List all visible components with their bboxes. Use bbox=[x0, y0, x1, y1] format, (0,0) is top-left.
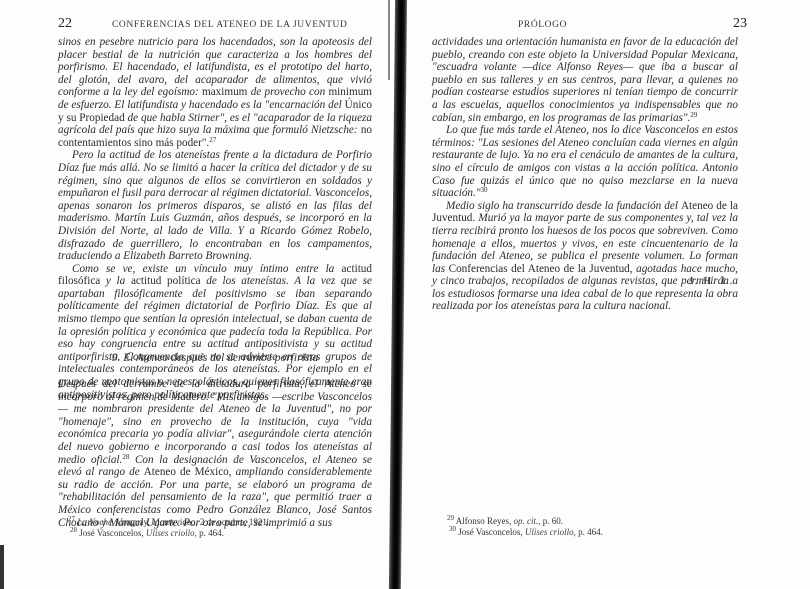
paragraph: Pero la actitud de los ateneístas frente… bbox=[58, 149, 372, 262]
paragraph: actividades una orientación humanista en… bbox=[432, 36, 738, 124]
page-number-left: 22 bbox=[58, 16, 72, 32]
page-number-right: 23 bbox=[733, 16, 747, 32]
page-edge-shadow bbox=[0, 545, 4, 589]
footnote: 30 José Vasconcelos, Ulises criollo, p. … bbox=[447, 527, 737, 538]
left-footnotes: 27 La Noche, Uruguay, Montevideo, 2 de o… bbox=[68, 517, 368, 539]
paragraph: Después del derrumbe de la dictadura por… bbox=[58, 378, 372, 529]
footnote: 28 José Vasconcelos, Ulises criollo, p. … bbox=[68, 528, 368, 539]
paragraph: Lo que fue más tarde el Ateneo, nos lo d… bbox=[432, 124, 738, 200]
right-body-text: actividades una orientación humanista en… bbox=[432, 36, 738, 313]
left-section-text: Después del derrumbe de la dictadura por… bbox=[58, 378, 372, 529]
left-page: 22 CONFERENCIAS DEL ATENEO DE LA JUVENTU… bbox=[0, 0, 395, 589]
paragraph: sinos en pesebre nutricio para los hacen… bbox=[58, 36, 372, 149]
footnote: 29 Alfonso Reyes, op. cit., p. 60. bbox=[447, 516, 737, 527]
left-body-text: sinos en pesebre nutricio para los hacen… bbox=[58, 36, 372, 401]
section-heading: 9. El Ateneo después del derrumbe porfir… bbox=[58, 352, 372, 364]
running-head-left: CONFERENCIAS DEL ATENEO DE LA JUVENTUD bbox=[112, 20, 347, 30]
right-page: PRÓLOGO 23 actividades una orientación h… bbox=[405, 0, 810, 589]
spine-edge bbox=[388, 0, 390, 80]
running-head-right: PRÓLOGO bbox=[518, 20, 567, 30]
signature: J. H. L. bbox=[689, 275, 734, 287]
paragraph: Medio siglo ha transcurrido desde la fun… bbox=[432, 200, 738, 313]
footnote: 27 La Noche, Uruguay, Montevideo, 2 de o… bbox=[68, 517, 368, 528]
right-footnotes: 29 Alfonso Reyes, op. cit., p. 60.30 Jos… bbox=[447, 516, 737, 538]
